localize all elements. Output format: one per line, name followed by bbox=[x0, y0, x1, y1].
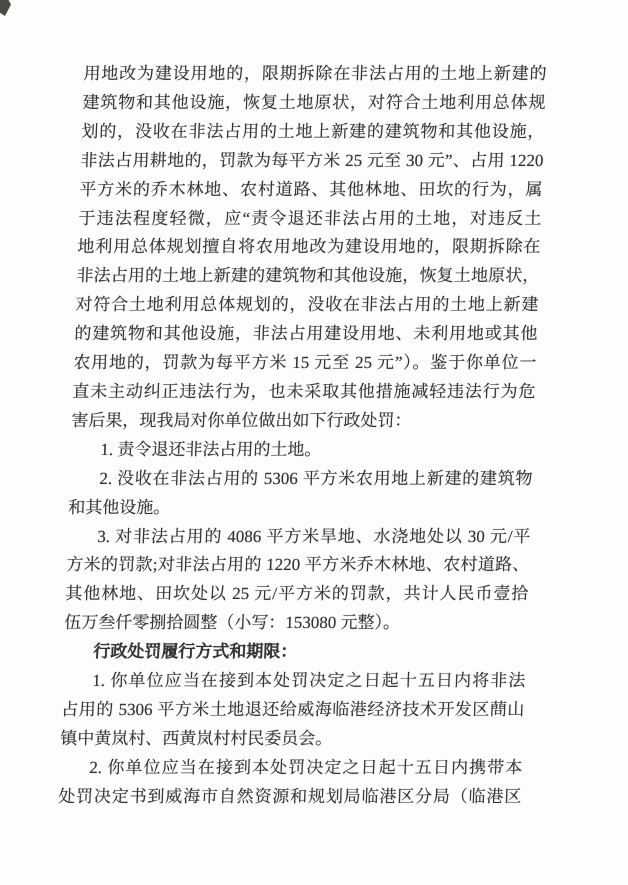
text-line: 害后果，现我局对你单位做出如下行政处罚： bbox=[71, 407, 535, 436]
text-line: 直未主动纠正违法行为，也未采取其他措施减轻违法行为危 bbox=[72, 378, 536, 407]
text-line: 伍万叁仟零捌拾圆整（小写：153080 元整）。 bbox=[64, 609, 528, 638]
text-line: 平方米的乔木林地、农村道路、其他林地、田坎的行为，属 bbox=[79, 176, 543, 205]
text-line: 于违法程度轻微，应“责令退还非法占用的土地，对违反土 bbox=[78, 205, 542, 234]
text-line: 对符合土地利用总体规划的，没收在非法占用的土地上新建 bbox=[75, 291, 539, 320]
text-line: 其他林地、田坎处以 25 元/平方米的罚款，共计人民币壹拾 bbox=[65, 580, 529, 609]
text-line: 镇中黄岚村、西黄岚村村民委员会。 bbox=[60, 725, 524, 754]
text-line: 建筑物和其他设施，恢复土地原状，对符合土地利用总体规 bbox=[82, 89, 546, 118]
text-line: 1. 你单位应当在接到本处罚决定之日起十五日内将非法 bbox=[62, 667, 526, 696]
text-line: 方米的罚款;对非法占用的 1220 平方米乔木林地、农村道路、 bbox=[66, 551, 530, 580]
text-line: 处罚决定书到威海市自然资源和规划局临港区分局（临港区 bbox=[58, 783, 522, 812]
text-line: 用地改为建设用地的，限期拆除在非法占用的土地上新建的 bbox=[83, 60, 547, 89]
text-line: 非法占用的土地上新建的建筑物和其他设施，恢复土地原状， bbox=[76, 262, 540, 291]
text-line: 农用地的，罚款为每平方米 15 元至 25 元”）。鉴于你单位一 bbox=[73, 349, 537, 378]
document-page: 用地改为建设用地的，限期拆除在非法占用的土地上新建的建筑物和其他设施，恢复土地原… bbox=[0, 0, 628, 885]
document-body: 用地改为建设用地的，限期拆除在非法占用的土地上新建的建筑物和其他设施，恢复土地原… bbox=[58, 60, 547, 812]
scan-corner-artifact bbox=[0, 0, 11, 16]
text-line: 2. 你单位应当在接到本处罚决定之日起十五日内携带本 bbox=[59, 754, 523, 783]
text-line: 非法占用耕地的，罚款为每平方米 25 元至 30 元”、占用 1220 bbox=[80, 147, 544, 176]
text-line: 3. 对非法占用的 4086 平方米旱地、水浇地处以 30 元/平 bbox=[67, 523, 531, 552]
text-line: 地利用总体规划擅自将农用地改为建设用地的，限期拆除在 bbox=[77, 233, 541, 262]
text-line: 和其他设施。 bbox=[68, 494, 532, 523]
text-line: 占用的 5306 平方米土地退还给威海临港经济技术开发区蔄山 bbox=[61, 696, 525, 725]
text-line: 2. 没收在非法占用的 5306 平方米农用地上新建的建筑物 bbox=[69, 465, 533, 494]
text-line: 的建筑物和其他设施，非法占用建设用地、未利用地或其他 bbox=[74, 320, 538, 349]
text-line: 1. 责令退还非法占用的土地。 bbox=[70, 436, 534, 465]
text-line: 划的，没收在非法占用的土地上新建的建筑物和其他设施， bbox=[81, 118, 545, 147]
section-heading: 行政处罚履行方式和期限： bbox=[63, 638, 527, 667]
